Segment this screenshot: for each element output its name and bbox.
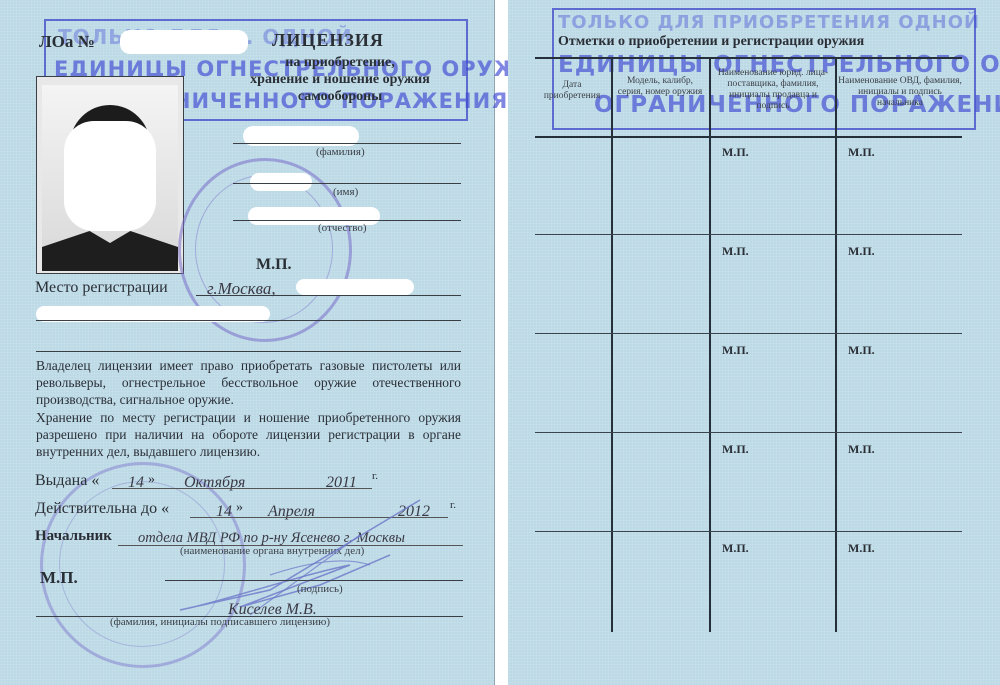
redacted-face	[64, 121, 156, 231]
chief-label: Начальник	[35, 528, 112, 545]
row-divider	[535, 234, 962, 235]
signature-line	[165, 580, 463, 581]
storage-paragraph: Хранение по месту регистрации и ношение …	[36, 409, 461, 460]
seal-mark-cell: М.П.	[848, 145, 875, 160]
surname-caption: (фамилия)	[316, 146, 365, 158]
seal-mark-cell: М.П.	[848, 343, 875, 358]
seal-mark-cell: М.П.	[848, 442, 875, 457]
redacted-license-number	[120, 30, 248, 54]
license-number-label: ЛОа №	[39, 32, 95, 52]
registration-label: Место регистрации	[35, 279, 168, 297]
registration-line-1	[196, 295, 461, 296]
issued-label: Выдана «	[35, 472, 99, 490]
subtitle-line: самообороны	[200, 88, 480, 105]
issued-month: Октября	[184, 474, 245, 492]
issued-year: 2011	[326, 474, 357, 492]
name-line	[233, 183, 461, 184]
seal-mark-cell: М.П.	[848, 244, 875, 259]
row-divider	[535, 432, 962, 433]
row-divider	[535, 333, 962, 334]
column-header-date: Дата приобретения	[535, 80, 609, 102]
surname-line	[233, 143, 461, 144]
rights-paragraph: Владелец лицензии имеет право приобретат…	[36, 357, 461, 408]
stamp-line-1: ТОЛЬКО ДЛЯ ПРИОБРЕТЕНИЯ ОДНОЙ	[558, 12, 980, 33]
seal-mark-cell: М.П.	[722, 244, 749, 259]
subtitle-line: на приобретение,	[200, 54, 480, 71]
signature-caption: (подпись)	[297, 583, 343, 595]
seal-mark-cell: М.П.	[722, 343, 749, 358]
document-subtitle: на приобретение, хранение и ношение оруж…	[200, 54, 480, 105]
column-header-supplier: Наименование юрид. лица-поставщика, фами…	[712, 68, 834, 112]
document-title: ЛИЦЕНЗИЯ	[272, 30, 384, 51]
redacted-name	[250, 173, 312, 191]
registration-value: г.Москва,	[207, 279, 276, 299]
registration-marks-page: ТОЛЬКО ДЛЯ ПРИОБРЕТЕНИЯ ОДНОЙ ЕДИНИЦЫ ОГ…	[508, 0, 1000, 685]
issued-year-suffix: г.	[372, 470, 378, 482]
redacted-address-1	[296, 279, 414, 295]
seal-mark-top: М.П.	[256, 256, 292, 274]
owner-photo	[36, 76, 184, 274]
name-caption: (имя)	[333, 186, 358, 198]
column-header-model: Модель, калибр, серия, номер оружия	[614, 76, 706, 98]
table-title: Отметки о приобретении и регистрации ору…	[558, 34, 864, 50]
registration-line-2	[36, 320, 461, 321]
registration-line-3	[36, 351, 461, 352]
seal-mark-cell: М.П.	[722, 442, 749, 457]
license-front-page: ТОЛЬКО ДЛЯ ... ОДНОЙ ЕДИНИЦЫ ОГНЕСТРЕЛЬН…	[0, 0, 495, 685]
patronymic-line	[233, 220, 461, 221]
column-header-authority: Наименование ОВД, фамилия, инициалы и по…	[838, 76, 962, 109]
signer-caption: (фамилия, инициалы подписавшего лицензию…	[110, 616, 330, 628]
seal-mark-cell: М.П.	[722, 145, 749, 160]
subtitle-line: хранение и ношение оружия	[200, 71, 480, 88]
seal-mark-cell: М.П.	[722, 541, 749, 556]
row-divider	[535, 531, 962, 532]
seal-mark-cell: М.П.	[848, 541, 875, 556]
issued-day: 14	[128, 474, 144, 492]
valid-until-year-suffix: г.	[450, 499, 456, 511]
seal-mark-bottom: М.П.	[40, 568, 78, 588]
patronymic-caption: (отчество)	[318, 222, 367, 234]
